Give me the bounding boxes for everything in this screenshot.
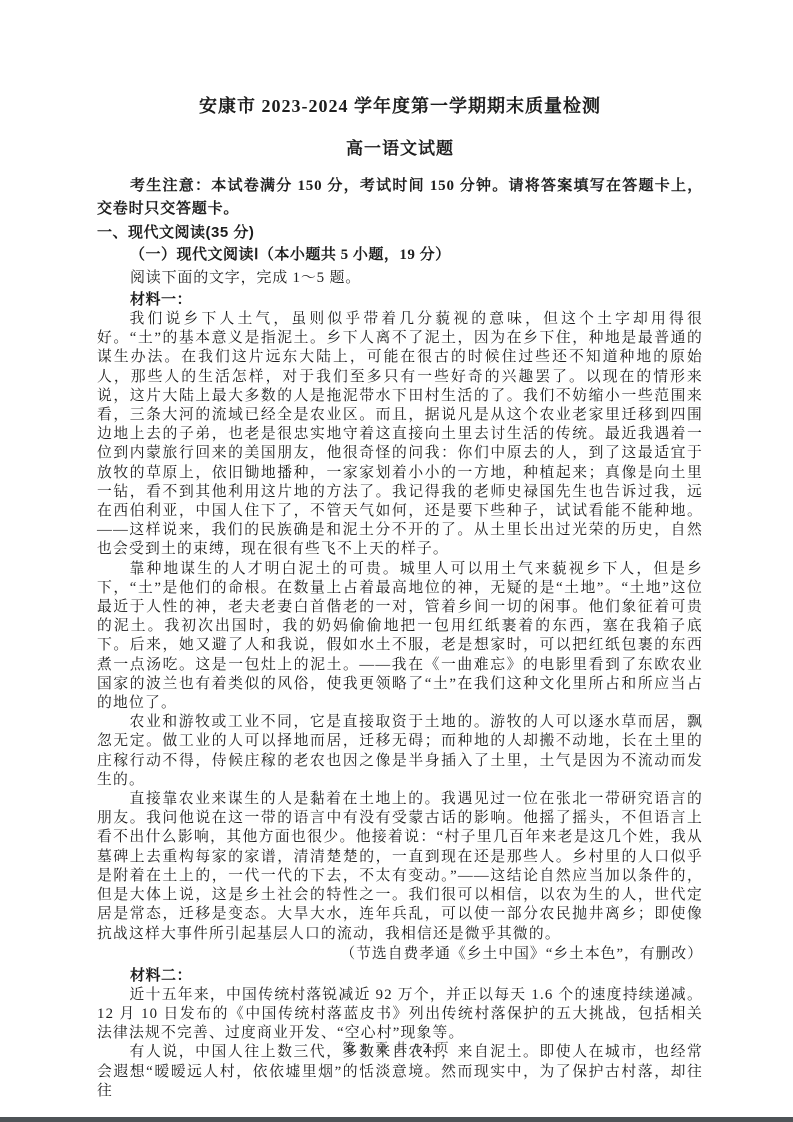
candidate-notice: 考生注意：本试卷满分 150 分，考试时间 150 分钟。请将答案填写在答题卡上… [97,175,703,221]
source-attribution: （节选自费孝通《乡土中国》“乡土本色”，有删改） [97,944,703,965]
material-one-label: 材料一： [97,289,703,310]
page-number-footer: 第 1 页 共 12 页 [0,1038,793,1056]
passage-paragraph: 直接靠农业来谋生的人是黏着在土地上的。我遇见过一位在张北一带研究语言的朋友。我问… [97,790,703,944]
page-title: 安康市 2023-2024 学年度第一学期期末质量检测 [97,96,703,116]
page-content: 安康市 2023-2024 学年度第一学期期末质量检测 高一语文试题 考生注意：… [97,96,703,1101]
exam-paper-page: 安康市 2023-2024 学年度第一学期期末质量检测 高一语文试题 考生注意：… [0,0,793,1122]
paper-subtitle: 高一语文试题 [97,139,703,158]
subsection-heading-reading-one: （一）现代文阅读Ⅰ（本小题共 5 小题，19 分） [97,244,703,267]
passage-paragraph: 我们说乡下人土气，虽则似乎带着几分藐视的意味，但这个土字却用得很好。“土”的基本… [97,310,703,560]
material-one-passage: 我们说乡下人土气，虽则似乎带着几分藐视的意味，但这个土字却用得很好。“土”的基本… [97,310,703,944]
scan-edge-bar [0,1117,793,1122]
reading-instruction: 阅读下面的文字，完成 1～5 题。 [97,267,703,289]
material-two-label: 材料二： [97,965,703,986]
passage-paragraph: 农业和游牧或工业不同，它是直接取资于土地的。游牧的人可以逐水草而居，飘忽无定。做… [97,713,703,790]
passage-paragraph: 近十五年来，中国传统村落锐减近 92 万个，并正以每天 1.6 个的速度持续递减… [97,986,703,1044]
section-heading-modern-reading: 一、现代文阅读(35 分) [97,221,703,244]
passage-paragraph: 靠种地谋生的人才明白泥土的可贵。城里人可以用土气来藐视乡下人，但是乡下，“土”是… [97,560,703,714]
